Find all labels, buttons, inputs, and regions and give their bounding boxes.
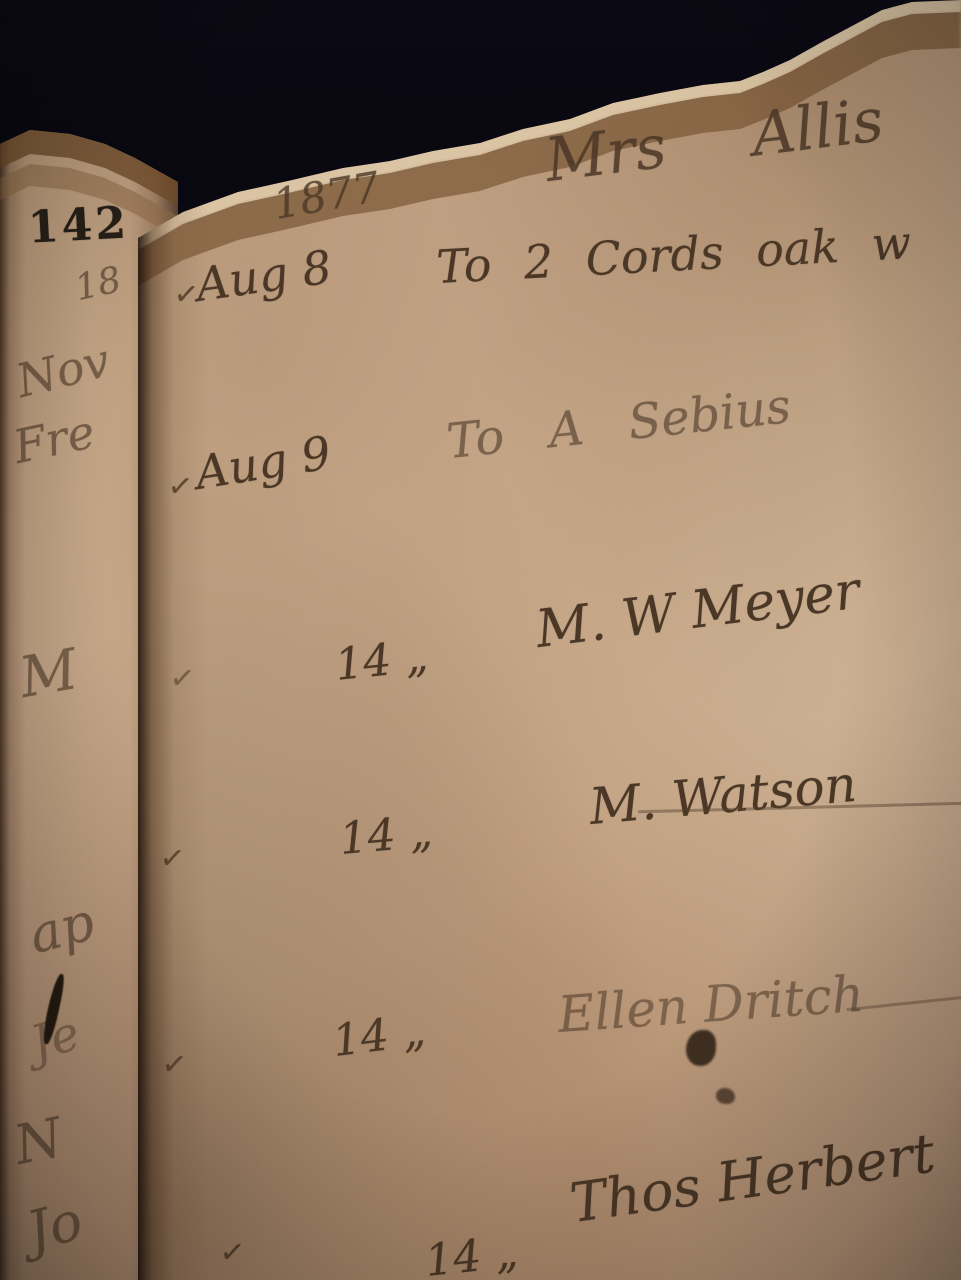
check-mark-icon: ✓ bbox=[166, 468, 195, 505]
ink-blot bbox=[686, 1030, 716, 1066]
ink-blot bbox=[716, 1088, 735, 1104]
entry-particulars: M. W Meyer bbox=[533, 561, 863, 660]
entry-particulars: Ellen Dritch bbox=[556, 965, 866, 1044]
entry-particulars: Thos Herbert bbox=[566, 1122, 938, 1235]
handwriting-fragment: N bbox=[9, 1106, 68, 1177]
entry-particulars: To A Sebius bbox=[444, 378, 793, 470]
entry-particulars: To 2 Cords oak w bbox=[435, 215, 912, 294]
right-page-number: 154 bbox=[218, 122, 319, 173]
check-mark-icon: ✓ bbox=[158, 840, 187, 877]
entry-date: 14 „ bbox=[330, 1005, 428, 1067]
handwriting-fragment: 18 bbox=[71, 259, 124, 309]
handwriting-fragment: Jo bbox=[21, 1189, 89, 1263]
handwriting-fragment: M bbox=[15, 637, 83, 711]
entry-particulars: M. Watson bbox=[587, 755, 859, 836]
entry-date: Aug 8 bbox=[192, 240, 334, 312]
ledger-year: 1877 bbox=[269, 162, 383, 229]
check-mark-icon: ✓ bbox=[160, 1046, 189, 1083]
left-page-number: 142 bbox=[27, 197, 130, 253]
entry-date: 14 „ bbox=[333, 631, 431, 691]
handwriting-fragment: Fre bbox=[9, 404, 100, 474]
right-page: 154 1877 Mrs Allis ✓ Aug 8 To 2 Cords oa… bbox=[138, 0, 961, 1280]
entry-date: 14 „ bbox=[423, 1227, 521, 1280]
handwriting-fragment: Je bbox=[25, 1005, 86, 1072]
handwriting-fragment: Nov bbox=[11, 333, 115, 408]
check-mark-icon: ✓ bbox=[168, 660, 197, 697]
check-mark-icon: ✓ bbox=[218, 1234, 247, 1271]
entry-date: Aug 9 bbox=[192, 425, 335, 500]
entry-date: 14 „ bbox=[338, 806, 435, 865]
handwriting-fragment: ap bbox=[23, 892, 100, 966]
